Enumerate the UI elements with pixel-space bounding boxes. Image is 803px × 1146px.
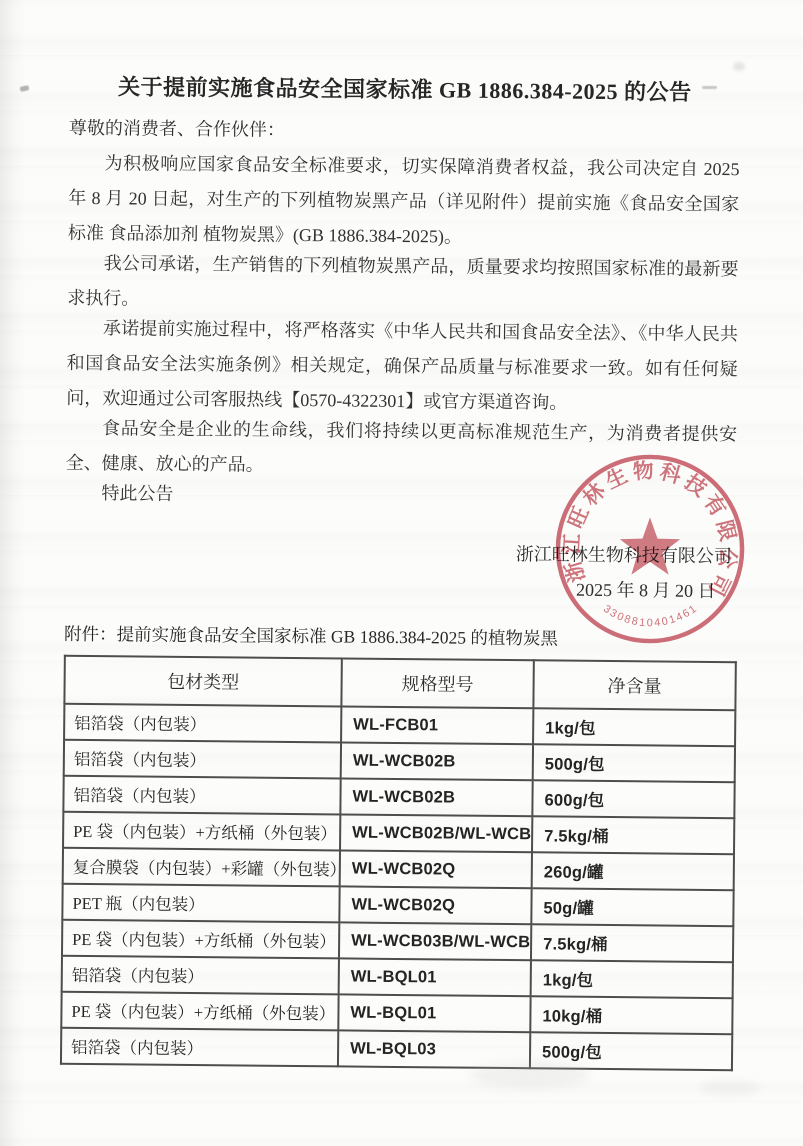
model-cell: WL-WCB02B/WL-WCB02 <box>340 814 532 852</box>
net-weight-cell: 10kg/桶 <box>530 996 732 1034</box>
model-cell: WL-WCB03B/WL-WCB03 <box>339 922 531 960</box>
pack-type-cell: 复合膜袋（内包装）+彩罐（外包装） <box>63 848 340 887</box>
header-net-weight: 净含量 <box>533 660 735 710</box>
pack-type-cell: PE 袋（内包装）+方纸桶（外包装） <box>62 920 339 959</box>
net-weight-cell: 7.5kg/桶 <box>531 924 733 962</box>
model-cell: WL-WCB02Q <box>340 850 532 888</box>
header-model: 规格型号 <box>341 658 533 708</box>
header-pack-type: 包材类型 <box>64 656 341 707</box>
pack-type-cell: 铝箔袋（内包装） <box>61 1028 338 1067</box>
net-weight-cell: 1kg/包 <box>531 960 733 998</box>
pack-type-cell: 铝箔袋（内包装） <box>64 740 341 779</box>
pack-type-cell: 铝箔袋（内包装） <box>63 776 340 815</box>
paragraph: 为积极响应国家食品安全标准要求，切实保障消费者权益，我公司决定自 2025 年 … <box>68 146 740 257</box>
net-weight-cell: 500g/包 <box>533 744 735 782</box>
table-header: 包材类型 规格型号 净含量 <box>64 656 735 710</box>
net-weight-cell: 1kg/包 <box>533 708 735 746</box>
product-spec-table: 包材类型 规格型号 净含量 铝箔袋（内包装）WL-FCB011kg/包铝箔袋（内… <box>60 655 737 1071</box>
pack-type-cell: PE 袋（内包装）+方纸桶（外包装） <box>63 812 340 851</box>
table-row: 铝箔袋（内包装）WL-BQL03500g/包 <box>61 1028 732 1070</box>
model-cell: WL-WCB02B <box>340 778 532 816</box>
svg-text:3308810401461: 3308810401461 <box>601 603 699 630</box>
net-weight-cell: 600g/包 <box>532 780 734 818</box>
model-cell: WL-BQL01 <box>339 958 531 996</box>
seal-serial-number: 3308810401461 <box>601 603 699 630</box>
seal-graphic: 浙江旺林生物科技有限公司 3308810401461 <box>551 450 749 648</box>
pack-type-cell: 铝箔袋（内包装） <box>64 704 341 743</box>
net-weight-cell: 260g/罐 <box>532 852 734 890</box>
model-cell: WL-BQL01 <box>338 994 530 1032</box>
net-weight-cell: 7.5kg/桶 <box>532 816 734 854</box>
pack-type-cell: PE 袋（内包装）+方纸桶（外包装） <box>61 992 338 1031</box>
page-title: 关于提前实施食品安全国家标准 GB 1886.384-2025 的公告 <box>69 71 740 109</box>
seal-star-icon <box>620 517 680 574</box>
pack-type-cell: 铝箔袋（内包装） <box>62 956 339 995</box>
body-paragraphs: 为积极响应国家食品安全标准要求，切实保障消费者权益，我公司决定自 2025 年 … <box>66 146 740 487</box>
pack-type-cell: PET 瓶（内包装） <box>62 884 339 923</box>
paragraph: 我公司承诺，生产销售的下列植物炭黑产品，质量要求均按照国家标准的最新要求执行。 <box>67 246 739 322</box>
company-seal-stamp: 浙江旺林生物科技有限公司 3308810401461 <box>551 450 749 648</box>
net-weight-cell: 500g/包 <box>530 1032 732 1070</box>
model-cell: WL-WCB02Q <box>339 886 531 924</box>
net-weight-cell: 50g/罐 <box>531 888 733 926</box>
table-body: 铝箔袋（内包装）WL-FCB011kg/包铝箔袋（内包装）WL-WCB02B50… <box>61 704 735 1070</box>
paragraph: 承诺提前实施过程中，将严格落实《中华人民共和国食品安全法》、《中华人民共和国食品… <box>66 311 738 422</box>
model-cell: WL-WCB02B <box>341 742 533 780</box>
model-cell: WL-BQL03 <box>338 1030 530 1068</box>
scanned-announcement-page: 关于提前实施食品安全国家标准 GB 1886.384-2025 的公告 尊敬的消… <box>0 0 803 1146</box>
model-cell: WL-FCB01 <box>341 706 533 744</box>
